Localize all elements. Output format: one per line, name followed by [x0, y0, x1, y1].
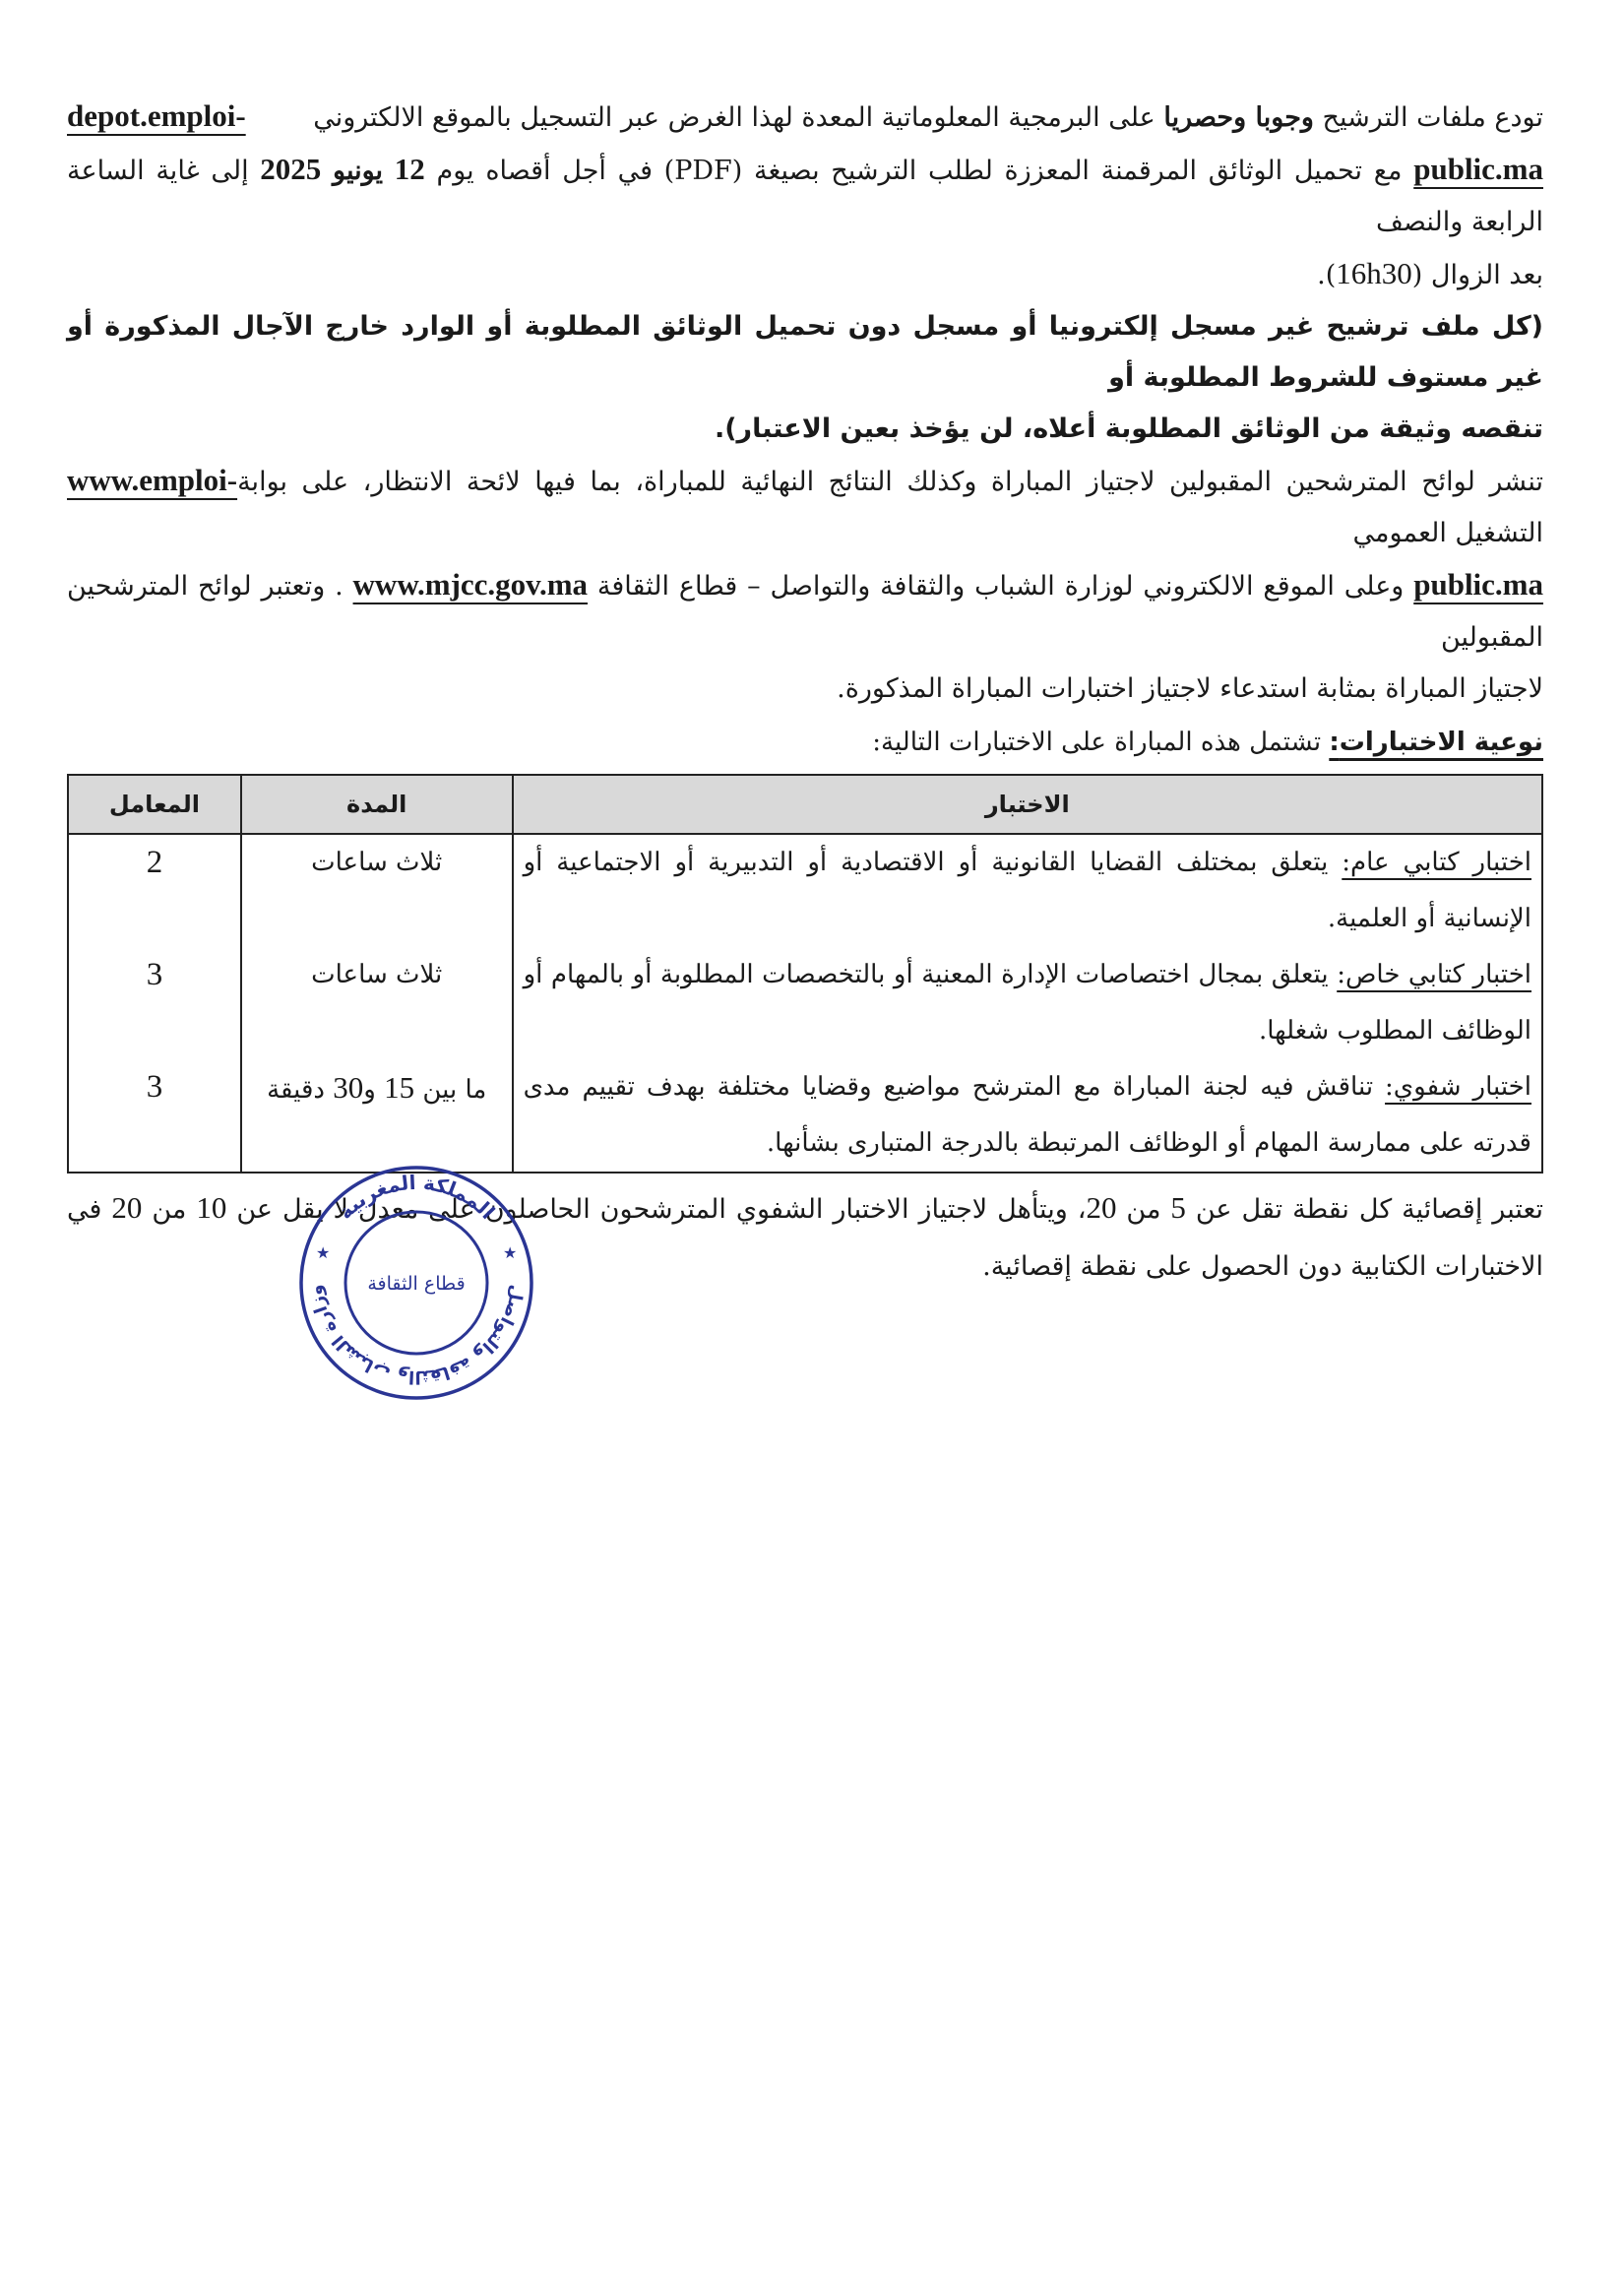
svg-text:المملكة المغربية: المملكة المغربية — [334, 1171, 500, 1224]
exam-cell: اختبار كتابي خاص: يتعلق بمجال اختصاصات ا… — [513, 947, 1542, 1059]
exam-label: اختبار كتابي عام: — [1342, 848, 1531, 877]
coefficient-cell: 3 — [68, 947, 241, 1059]
exams-table-header-row: الاختبار المدة المعامل — [68, 775, 1542, 834]
exams-heading-text: تشتمل هذه المباراة على الاختبارات التالي… — [872, 728, 1329, 757]
duration-cell: ما بين 15 و30 دقيقة — [241, 1059, 513, 1173]
deadline-month: يونيو — [333, 156, 383, 186]
stamp-star-left-icon: ★ — [316, 1243, 330, 1262]
ministry-url-link[interactable]: www.mjcc.gov.ma — [353, 567, 588, 602]
column-header-duration: المدة — [241, 775, 513, 834]
official-stamp: المملكة المغربية وزارة الشباب والثقافة و… — [293, 1160, 539, 1406]
document-page: تودع ملفات الترشيح وجوبا وحصريا على البر… — [67, 91, 1543, 1296]
submission-text: تودع ملفات الترشيح وجوبا وحصريا على البر… — [313, 93, 1543, 144]
exam-cell: اختبار كتابي عام: يتعلق بمختلف القضايا ا… — [513, 834, 1542, 947]
stamp-star-right-icon: ★ — [503, 1243, 517, 1262]
rejection-notice-line-1: (كل ملف ترشيح غير مسجل إلكترونيا أو مسجل… — [67, 301, 1543, 404]
stamp-outer-bottom-text: وزارة الشباب والثقافة والتواصل — [305, 1284, 527, 1387]
exam-description: تناقش فيه لجنة المباراة مع المترشح مواضي… — [524, 1072, 1531, 1158]
stamp-seal-icon: المملكة المغربية وزارة الشباب والثقافة و… — [293, 1160, 539, 1406]
table-row: اختبار كتابي خاص: يتعلق بمجال اختصاصات ا… — [68, 947, 1542, 1059]
portal-url-link-part2[interactable]: public.ma — [1413, 567, 1543, 602]
elimination-note: تعتبر إقصائية كل نقطة تقل عن 5 من 20، وي… — [67, 1179, 1543, 1296]
elimination-score: 5 — [1170, 1190, 1186, 1225]
submission-line-2: public.ma مع تحميل الوثائق المرقمنة المع… — [67, 144, 1543, 248]
publication-line-3: لاجتياز المباراة بمثابة استدعاء لاجتياز … — [67, 664, 1543, 715]
publication-line-1: تنشر لوائح المترشحين المقبولين لاجتياز ا… — [67, 455, 1543, 559]
exam-label: اختبار كتابي خاص: — [1337, 960, 1531, 989]
exam-cell: اختبار شفوي: تناقش فيه لجنة المباراة مع … — [513, 1059, 1542, 1173]
exams-table: الاختبار المدة المعامل اختبار كتابي عام:… — [67, 774, 1543, 1174]
publication-paragraph: تنشر لوائح المترشحين المقبولين لاجتياز ا… — [67, 455, 1543, 715]
svg-text:وزارة الشباب والثقافة والتواصل: وزارة الشباب والثقافة والتواصل — [305, 1284, 527, 1387]
submission-paragraph: تودع ملفات الترشيح وجوبا وحصريا على البر… — [67, 91, 1543, 301]
duration-cell: ثلاث ساعات — [241, 834, 513, 947]
deadline-day: 12 — [395, 152, 425, 186]
deadline-time: 16h30 — [1336, 256, 1412, 290]
exam-label: اختبار شفوي: — [1385, 1072, 1531, 1102]
stamp-center-text: قطاع الثقافة — [367, 1273, 465, 1295]
duration-cell: ثلاث ساعات — [241, 947, 513, 1059]
rejection-notice-line-2: تنقصه وثيقة من الوثائق المطلوبة أعلاه، ل… — [67, 404, 1543, 455]
coefficient-cell: 2 — [68, 834, 241, 947]
publication-line-2: public.ma وعلى الموقع الالكتروني لوزارة … — [67, 559, 1543, 664]
submission-line-1: تودع ملفات الترشيح وجوبا وحصريا على البر… — [67, 91, 1543, 144]
depot-url-link-part2[interactable]: public.ma — [1413, 152, 1543, 186]
exams-heading: نوعية الاختبارات: تشتمل هذه المباراة على… — [67, 717, 1543, 768]
table-row: اختبار شفوي: تناقش فيه لجنة المباراة مع … — [68, 1059, 1542, 1173]
depot-url-link-part1[interactable]: depot.emploi- — [67, 91, 246, 142]
deadline-year: 2025 — [260, 152, 321, 186]
submission-line-3: بعد الزوال (16h30). — [67, 248, 1543, 301]
stamp-outer-top-text: المملكة المغربية — [334, 1171, 500, 1224]
exams-heading-label: نوعية الاختبارات — [1340, 728, 1543, 757]
emphasis-mandatory: وجوبا وحصريا — [1163, 102, 1314, 133]
column-header-exam: الاختبار — [513, 775, 1542, 834]
column-header-coefficient: المعامل — [68, 775, 241, 834]
minimum-average: 10 — [196, 1190, 226, 1225]
table-row: اختبار كتابي عام: يتعلق بمختلف القضايا ا… — [68, 834, 1542, 947]
portal-url-link-part1[interactable]: www.emploi- — [67, 455, 237, 506]
rejection-notice: (كل ملف ترشيح غير مسجل إلكترونيا أو مسجل… — [67, 301, 1543, 455]
coefficient-cell: 3 — [68, 1059, 241, 1173]
